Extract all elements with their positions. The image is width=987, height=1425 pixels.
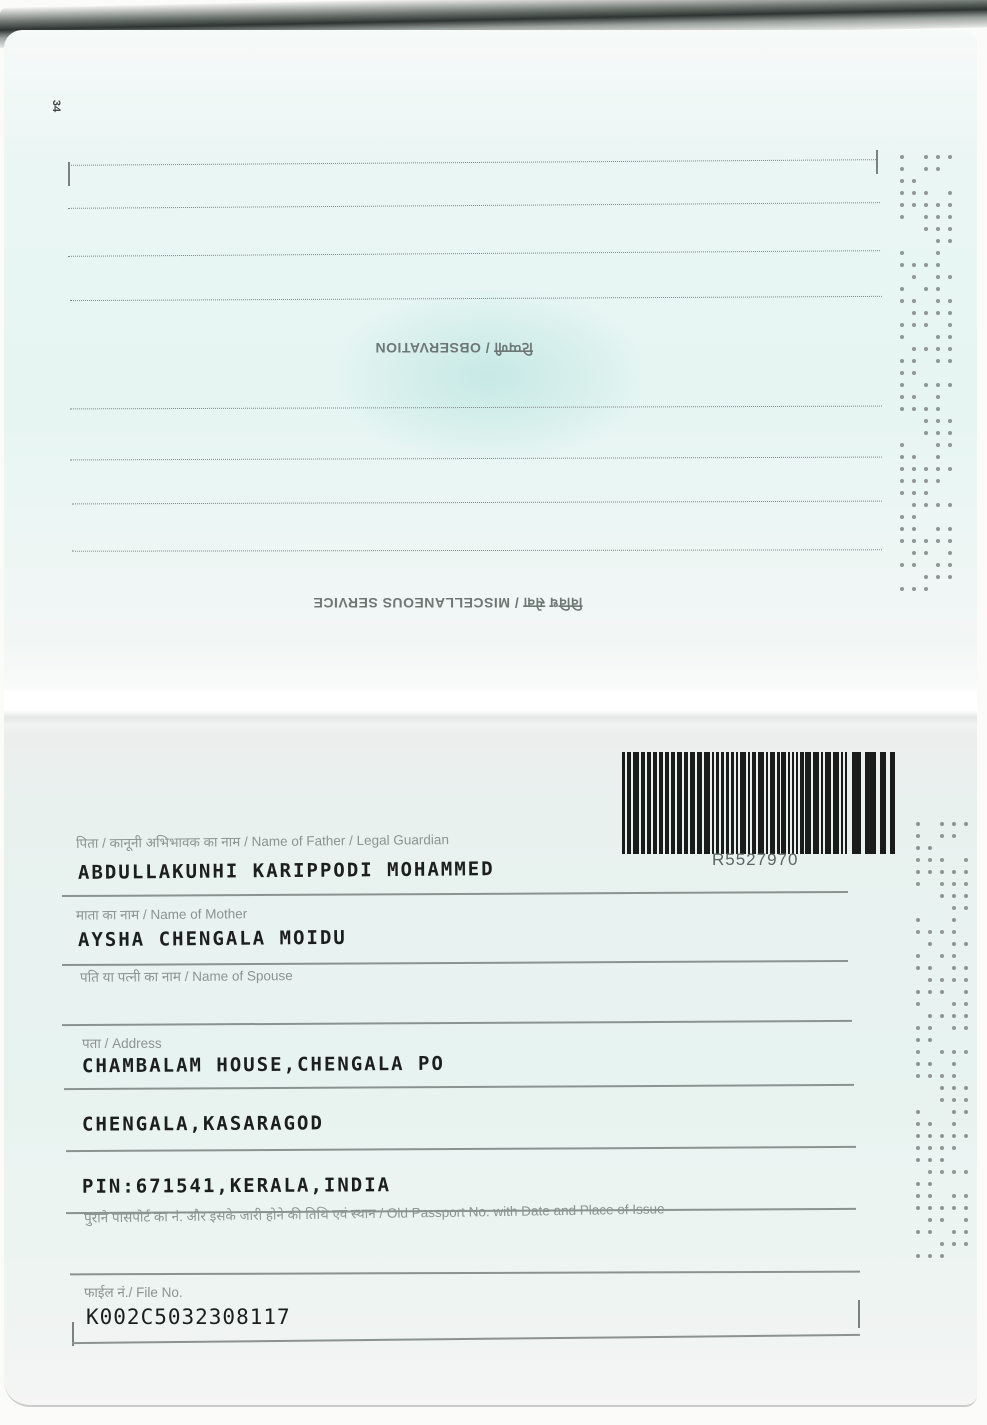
spouse-name-label: पति या पत्नी का नाम / Name of Spouse xyxy=(80,966,293,986)
perforation-dot xyxy=(936,311,940,315)
perforation-dot xyxy=(940,1158,944,1162)
perforation-dot xyxy=(964,1026,968,1030)
barcode-bar xyxy=(748,752,750,854)
perforation-dot xyxy=(912,395,916,399)
perforation-dot xyxy=(916,954,920,958)
perforation-dot xyxy=(952,834,956,838)
perforation-dot xyxy=(964,1134,968,1138)
perforation-dot xyxy=(916,1230,920,1234)
perforation-dot xyxy=(912,263,916,267)
perforation-dot xyxy=(916,1026,920,1030)
barcode-bar xyxy=(726,752,729,854)
perforation-dot xyxy=(924,347,928,351)
perforation-dot xyxy=(964,870,968,874)
perforation-dot xyxy=(916,1062,920,1066)
barcode-bar xyxy=(856,752,861,854)
barcode-bar xyxy=(740,752,746,854)
barcode-bar xyxy=(845,752,847,854)
perforation-dot xyxy=(916,1194,920,1198)
perforation-dot xyxy=(900,407,904,411)
perforation-dot xyxy=(912,371,916,375)
barcode-bar xyxy=(788,752,790,854)
perforation-dot xyxy=(964,1218,968,1222)
perforation-dot xyxy=(964,882,968,886)
perforation-dot xyxy=(952,1050,956,1054)
perforation-dot xyxy=(912,407,916,411)
perforation-dot xyxy=(936,563,940,567)
perforation-dot xyxy=(928,1254,932,1258)
perforation-dot xyxy=(936,335,940,339)
perforation-dot xyxy=(916,1182,920,1186)
perforation-dot xyxy=(936,251,940,255)
perforation-dot xyxy=(900,323,904,327)
file-no-label: फाईल नं./ File No. xyxy=(84,1283,183,1301)
perforation-dot xyxy=(928,1182,932,1186)
perforation-dot xyxy=(936,395,940,399)
barcode-bar xyxy=(653,752,657,854)
perforation-dot xyxy=(952,1206,956,1210)
perforation-dot xyxy=(912,479,916,483)
perforation-dot xyxy=(964,1170,968,1174)
perforation-dot xyxy=(900,203,904,207)
perforation-dot xyxy=(912,179,916,183)
perforation-dot xyxy=(948,575,952,579)
perforation-dot xyxy=(940,1098,944,1102)
perforation-dot xyxy=(924,491,928,495)
perforation-dot xyxy=(928,1170,932,1174)
perforation-dot xyxy=(924,167,928,171)
perforation-dot xyxy=(912,359,916,363)
perforation-dot xyxy=(928,1062,932,1066)
perforation-dot xyxy=(936,275,940,279)
perforation-dot xyxy=(940,1074,944,1078)
perforation-dot xyxy=(940,858,944,862)
address-line-3: PIN:671541,KERALA,INDIA xyxy=(82,1174,391,1198)
perforation-dot xyxy=(952,1026,956,1030)
perforation-dot xyxy=(964,990,968,994)
perforation-dot xyxy=(900,395,904,399)
barcode-bar xyxy=(697,752,702,854)
perforation-dot xyxy=(900,251,904,255)
barcode-bar xyxy=(821,752,823,854)
perforation-dot xyxy=(952,1122,956,1126)
mother-name-label: माता का नाम / Name of Mother xyxy=(76,904,247,923)
barcode-bar xyxy=(721,752,724,854)
perforation-dot xyxy=(952,966,956,970)
perforation-dot xyxy=(928,1122,932,1126)
perforation-dot xyxy=(964,1086,968,1090)
perforation-dot xyxy=(964,966,968,970)
perforation-dot xyxy=(912,323,916,327)
perforation-dot xyxy=(964,1110,968,1114)
perforation-dot xyxy=(936,359,940,363)
perforation-dot xyxy=(940,894,944,898)
barcode-bar xyxy=(659,752,663,854)
perforation-dot xyxy=(928,870,932,874)
perforation-dot xyxy=(900,491,904,495)
perforation-dot xyxy=(952,930,956,934)
perforation-dot xyxy=(928,990,932,994)
perforation-dot xyxy=(936,167,940,171)
perforation-dot xyxy=(900,467,904,471)
perforation-dot xyxy=(916,1134,920,1138)
perforation-dot xyxy=(940,834,944,838)
perforation-dot xyxy=(916,930,920,934)
perforation-dot xyxy=(928,978,932,982)
perforation-dot xyxy=(936,299,940,303)
perforation-dot xyxy=(952,1170,956,1174)
perforation-dot xyxy=(924,263,928,267)
perforation-dot xyxy=(948,503,952,507)
perforation-dot xyxy=(928,1206,932,1210)
perforation-dot xyxy=(936,431,940,435)
misc-service-heading: विविध सेवा / MISCELLANEOUS SERVICE xyxy=(313,593,582,612)
perforation-dot xyxy=(912,539,916,543)
observation-heading: टिप्पणी / OBSERVATION xyxy=(375,338,533,357)
perforation-dot xyxy=(912,503,916,507)
perforation-dot xyxy=(924,383,928,387)
barcode-bar xyxy=(665,752,669,854)
perforation-dot xyxy=(948,227,952,231)
perforation-dot xyxy=(916,846,920,850)
perforation-dot xyxy=(964,1242,968,1246)
perforation-dot xyxy=(900,371,904,375)
perforation-dot xyxy=(936,287,940,291)
perforation-dot xyxy=(948,275,952,279)
barcode-bar xyxy=(647,752,651,854)
perforation-dot xyxy=(964,1014,968,1018)
perforation-dot xyxy=(952,1086,956,1090)
perforation-dot xyxy=(916,1146,920,1150)
perforation-dot xyxy=(952,906,956,910)
perforation-dot xyxy=(900,191,904,195)
perforation-dot xyxy=(964,978,968,982)
observation-box-left-tick xyxy=(68,162,70,186)
perforation-dot xyxy=(964,1194,968,1198)
perforation-dot xyxy=(912,551,916,555)
barcode-bar xyxy=(841,752,843,854)
perforation-dot xyxy=(940,1086,944,1090)
perforation-dot xyxy=(940,954,944,958)
perforation-dot xyxy=(916,870,920,874)
perforation-dot xyxy=(912,515,916,519)
perforation-dot xyxy=(964,894,968,898)
perforation-dot xyxy=(916,990,920,994)
perforation-dot xyxy=(940,1254,944,1258)
mother-name-value: AYSHA CHENGALA MOIDU xyxy=(78,927,347,951)
barcode-bar xyxy=(731,752,734,854)
perforation-dot xyxy=(916,882,920,886)
national-emblem-watermark xyxy=(340,290,640,460)
perforation-dot xyxy=(916,858,920,862)
perforation-dot xyxy=(916,1002,920,1006)
perforation-dot xyxy=(916,1074,920,1078)
perforation-dot xyxy=(948,203,952,207)
perforation-dot xyxy=(952,1002,956,1006)
perforation-dot xyxy=(940,1206,944,1210)
perforation-dot xyxy=(952,918,956,922)
perforation-dot xyxy=(924,227,928,231)
barcode-bar xyxy=(781,752,786,854)
perforation-dot xyxy=(928,942,932,946)
file-no-value: K002C5032308117 xyxy=(86,1305,291,1329)
perforation-dot xyxy=(952,1110,956,1114)
perforation-dot xyxy=(940,978,944,982)
perforation-dot xyxy=(900,527,904,531)
perforation-dot xyxy=(912,299,916,303)
perforation-dot xyxy=(912,491,916,495)
perforation-dot xyxy=(912,203,916,207)
perforation-dot xyxy=(936,347,940,351)
perforation-dot xyxy=(964,1230,968,1234)
perforation-dot xyxy=(940,930,944,934)
perforation-dot xyxy=(952,870,956,874)
perforation-dot xyxy=(948,539,952,543)
perforation-dot xyxy=(928,1194,932,1198)
perforation-dot xyxy=(928,1014,932,1018)
perforation-dot xyxy=(952,1062,956,1066)
perforation-dot xyxy=(952,1194,956,1198)
perforation-dot xyxy=(940,1146,944,1150)
perforation-dot xyxy=(948,467,952,471)
perforation-dot xyxy=(948,419,952,423)
perforation-dot xyxy=(952,942,956,946)
perforation-dot xyxy=(912,467,916,471)
perforation-dot xyxy=(912,347,916,351)
perforation-dot xyxy=(928,858,932,862)
perforation-dot xyxy=(924,311,928,315)
barcode-bar xyxy=(870,752,876,854)
barcode-bar xyxy=(627,752,631,854)
perforation-dot xyxy=(900,335,904,339)
perforation-dot xyxy=(924,467,928,471)
perforation-dot xyxy=(900,479,904,483)
perforation-dot xyxy=(916,1038,920,1042)
perforation-dot xyxy=(916,966,920,970)
perforation-dot xyxy=(924,575,928,579)
perforation-dot xyxy=(928,1158,932,1162)
perforation-dot xyxy=(928,1038,932,1042)
perforation-dot xyxy=(916,1122,920,1126)
perforation-dot xyxy=(964,858,968,862)
barcode-bar xyxy=(716,752,719,854)
perforation-dot xyxy=(964,1206,968,1210)
perforation-dot xyxy=(936,467,940,471)
perforation-dot xyxy=(936,203,940,207)
barcode-bar xyxy=(796,752,798,854)
perforation-dot xyxy=(928,930,932,934)
barcode-bar xyxy=(800,752,804,854)
perforation-dot xyxy=(952,882,956,886)
perforation-dot xyxy=(952,1014,956,1018)
perforation-dot xyxy=(952,1098,956,1102)
perforation-dot xyxy=(928,1218,932,1222)
perforation-dot xyxy=(964,906,968,910)
perforation-dot xyxy=(928,1074,932,1078)
perforation-dot xyxy=(936,263,940,267)
perforation-dot xyxy=(900,179,904,183)
perforation-dot xyxy=(924,503,928,507)
address-label: पता / Address xyxy=(82,1034,162,1052)
perforation-dot xyxy=(964,1002,968,1006)
perforation-dot xyxy=(936,443,940,447)
perforation-dot xyxy=(924,431,928,435)
perforation-dot xyxy=(952,894,956,898)
perforation-dot xyxy=(952,1242,956,1246)
perforation-dot xyxy=(952,1074,956,1078)
perforation-dot xyxy=(928,966,932,970)
perforation-dot xyxy=(948,527,952,531)
perforation-dot xyxy=(916,1254,920,1258)
perforation-dot xyxy=(948,311,952,315)
perforation-dot xyxy=(928,846,932,850)
perforation-dot xyxy=(948,359,952,363)
perforation-dot xyxy=(912,563,916,567)
perforation-dot xyxy=(948,191,952,195)
perforation-dot xyxy=(924,551,928,555)
address-line-1: CHAMBALAM HOUSE,CHENGALA PO xyxy=(82,1053,445,1078)
perforation-dot xyxy=(964,942,968,946)
barcode-bar xyxy=(766,752,768,854)
perforation-dot xyxy=(940,990,944,994)
perforation-dot xyxy=(900,515,904,519)
perforation-dot xyxy=(940,1050,944,1054)
passport-barcode xyxy=(622,752,898,854)
perforation-dot xyxy=(916,1050,920,1054)
perforation-dot xyxy=(940,822,944,826)
booklet-fold xyxy=(4,690,977,740)
perforation-dot xyxy=(924,191,928,195)
perforation-dot xyxy=(936,227,940,231)
perforation-dot xyxy=(952,978,956,982)
perforation-dot xyxy=(924,407,928,411)
perforation-dot xyxy=(940,1014,944,1018)
barcode-bar xyxy=(622,752,625,854)
father-name-value: ABDULLAKUNHI KARIPPODI MOHAMMED xyxy=(78,858,495,884)
perforation-dot xyxy=(936,527,940,531)
address-line-2: CHENGALA,KASARAGOD xyxy=(82,1112,324,1135)
barcode-bar xyxy=(690,752,695,854)
perforation-dot xyxy=(916,834,920,838)
perforation-dot xyxy=(936,419,940,423)
perforation-dot xyxy=(948,215,952,219)
perforation-dot xyxy=(936,155,940,159)
barcode-bar xyxy=(704,752,710,854)
perforation-dot xyxy=(916,822,920,826)
perforation-dot xyxy=(900,587,904,591)
perforation-dot xyxy=(948,155,952,159)
perforation-dot xyxy=(916,1206,920,1210)
perforation-dot xyxy=(936,215,940,219)
barcode-bar xyxy=(825,752,831,854)
barcode-bar xyxy=(770,752,775,854)
perforation-dot xyxy=(940,882,944,886)
perforation-dot xyxy=(936,407,940,411)
perforation-dot xyxy=(924,203,928,207)
barcode-bar xyxy=(813,752,819,854)
barcode-bar xyxy=(880,752,886,854)
perforation-dot xyxy=(936,455,940,459)
perforation-dot xyxy=(928,1026,932,1030)
perforation-dot xyxy=(912,275,916,279)
perforation-dot xyxy=(900,155,904,159)
perforation-dot xyxy=(912,455,916,459)
barcode-bar xyxy=(777,752,780,854)
perforation-dot xyxy=(952,954,956,958)
perforation-dot xyxy=(940,1242,944,1246)
perforation-dot xyxy=(952,822,956,826)
perforation-dot xyxy=(928,1230,932,1234)
barcode-bar xyxy=(671,752,675,854)
barcode-bar xyxy=(833,752,839,854)
barcode-bar xyxy=(641,752,645,854)
perforation-dot xyxy=(900,455,904,459)
perforation-dot xyxy=(948,431,952,435)
perforation-dot xyxy=(948,239,952,243)
barcode-bar xyxy=(736,752,738,854)
barcode-bar xyxy=(890,752,895,854)
perforation-dot xyxy=(912,527,916,531)
perforation-dot xyxy=(924,287,928,291)
perforation-dot xyxy=(900,383,904,387)
perforation-dot xyxy=(900,215,904,219)
perforation-dot xyxy=(940,1134,944,1138)
perforation-dot xyxy=(916,1158,920,1162)
perforation-dot xyxy=(900,167,904,171)
perforation-dot xyxy=(912,587,916,591)
perforation-dot xyxy=(924,215,928,219)
perforation-dot xyxy=(948,551,952,555)
perforation-dot xyxy=(952,1134,956,1138)
perforation-dot xyxy=(900,443,904,447)
barcode-number: R5527970 xyxy=(712,850,798,870)
perforation-dot xyxy=(924,587,928,591)
perforation-dot xyxy=(900,287,904,291)
perforation-dot xyxy=(964,822,968,826)
perforation-dot xyxy=(948,347,952,351)
barcode-bar xyxy=(684,752,688,854)
perforation-dot xyxy=(936,479,940,483)
barcode-bar xyxy=(633,752,639,854)
perforation-dot xyxy=(912,191,916,195)
page-number: 34 xyxy=(50,100,62,112)
perforation-dot xyxy=(916,1110,920,1114)
perforation-dot xyxy=(924,479,928,483)
perforation-dot xyxy=(936,575,940,579)
perforation-dot xyxy=(912,311,916,315)
perforation-dot xyxy=(964,1050,968,1054)
perforation-dot xyxy=(940,1170,944,1174)
perforation-dot xyxy=(936,503,940,507)
perforation-dot xyxy=(948,335,952,339)
observation-box-right-tick xyxy=(876,150,878,174)
perforation-dot xyxy=(936,239,940,243)
barcode-bar xyxy=(805,752,811,854)
perforation-dot xyxy=(936,383,940,387)
perforation-dot xyxy=(948,383,952,387)
perforation-dot xyxy=(924,155,928,159)
barcode-bar xyxy=(792,752,794,854)
perforation-dot xyxy=(948,443,952,447)
perforation-dot xyxy=(900,299,904,303)
perforation-dot xyxy=(948,323,952,327)
perforation-dot xyxy=(940,870,944,874)
file-box-right-tick xyxy=(858,1300,860,1328)
perforation-dot xyxy=(940,1218,944,1222)
perforation-dot xyxy=(952,1230,956,1234)
perforation-dot xyxy=(964,1098,968,1102)
perforation-dot xyxy=(928,1146,932,1150)
